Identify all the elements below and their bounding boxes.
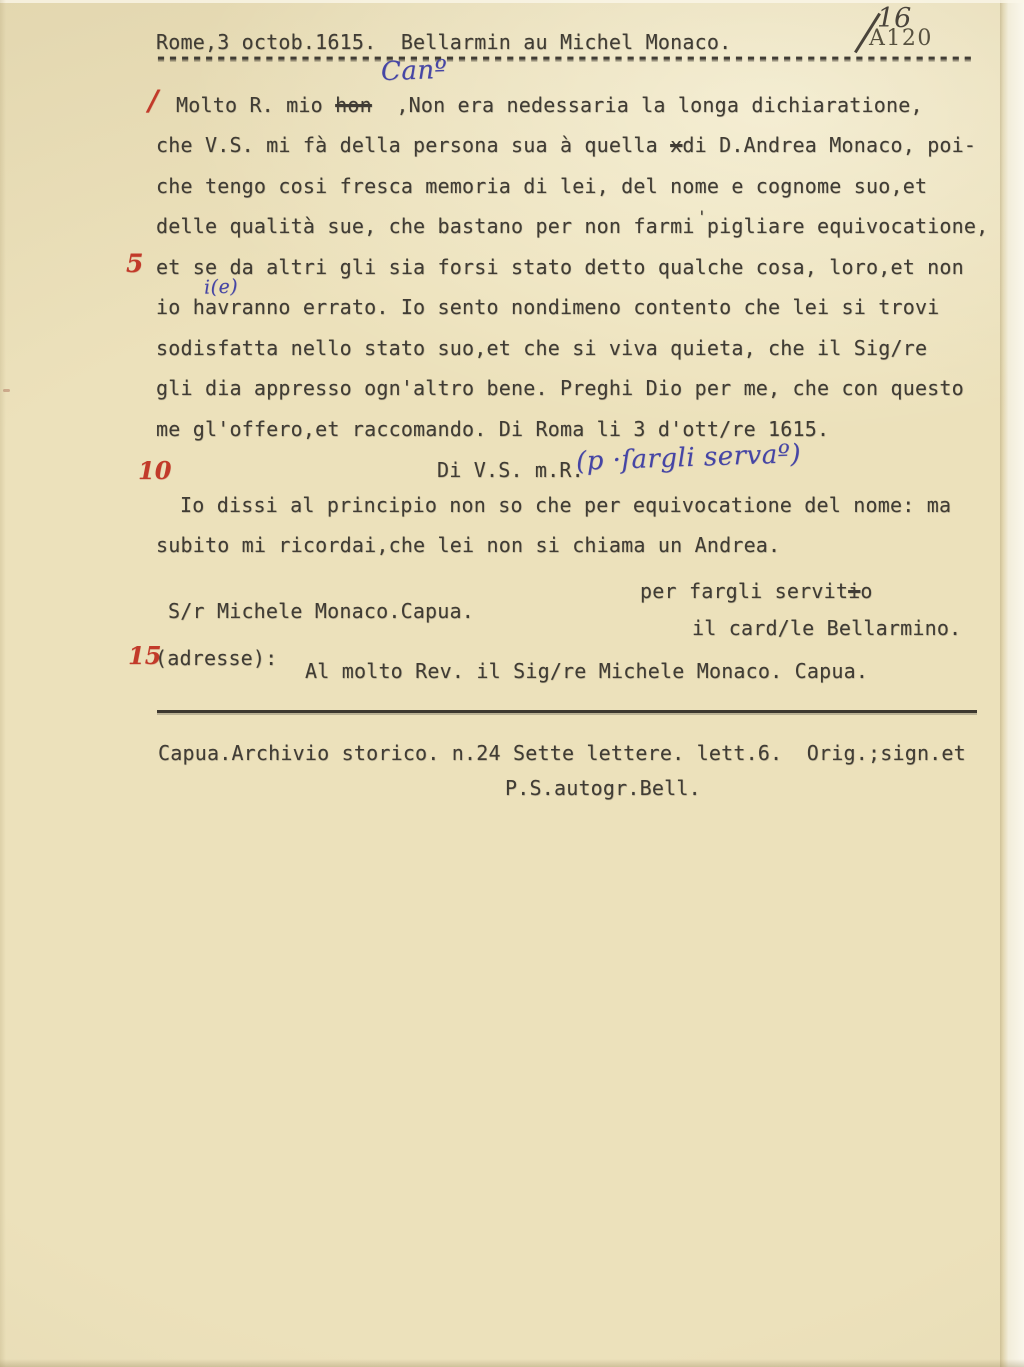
margin-number-5: 5 — [126, 249, 143, 278]
paper-top-edge — [0, 0, 1024, 3]
cano-annotation: Canº — [380, 55, 447, 87]
body-line-12: subito mi ricordai,che lei non si chiama… — [156, 533, 780, 557]
body-line-1: Molto R. mio hon ,Non era nedessaria la … — [176, 93, 923, 117]
cardinal-line: il card/le Bellarmino. — [692, 616, 961, 640]
adresse-label: (adresse): — [155, 646, 277, 670]
body-line-9: me gl'offero,et raccomando. Di Roma li 3… — [156, 417, 829, 441]
sr-michele-line: S/r Michele Monaco.Capua. — [168, 599, 474, 623]
body-line-11: Io dissi al principio non so che per equ… — [180, 493, 951, 517]
line1-pre: Molto R. mio — [176, 93, 335, 117]
line1-struck-word: hon — [335, 93, 372, 117]
servitio-post: o — [860, 579, 872, 603]
margin-number-1: / — [148, 84, 158, 117]
paper-speck — [3, 389, 10, 392]
line2-struck-char: x — [670, 133, 682, 157]
paper-bottom-edge — [0, 1359, 1024, 1367]
stray-apostrophe-mark: ' — [697, 205, 707, 229]
body-line-8: gli dia appresso ogn'altro bene. Preghi … — [156, 376, 964, 400]
closing-typed: Di V.S. m.R. — [437, 458, 584, 482]
header-underline-dashes: ----------------------------------------… — [155, 45, 980, 69]
archive-reference-line: Capua.Archivio storico. n.24 Sette lette… — [158, 741, 966, 765]
body-line-3: che tengo cosi fresca memoria di lei, de… — [156, 174, 927, 198]
body-line-5: et se da altri gli sia forsi stato detto… — [156, 255, 964, 279]
ref-code: A120 — [869, 26, 933, 51]
body-line-4: delle qualità sue, che bastano per non f… — [156, 214, 988, 238]
body-line-2: che V.S. mi fà della persona sua à quell… — [156, 133, 976, 157]
footer-divider-line — [157, 710, 977, 713]
line1-post: ,Non era nedessaria la longa dichiaratio… — [372, 93, 923, 117]
paper-left-edge — [0, 0, 6, 1367]
margin-number-10: 10 — [138, 456, 171, 485]
paper-right-edge — [1000, 0, 1024, 1367]
closing-handwritten-signature: (p ·ſargli servaº) — [576, 439, 802, 477]
line2-post: di D.Andrea Monaco, poi- — [682, 133, 976, 157]
body-line-7: sodisfatta nello stato suo,et che si viv… — [156, 336, 927, 360]
ps-autograph-line: P.S.autogr.Bell. — [505, 776, 701, 800]
servitio-pre: per fargli servit — [640, 579, 848, 603]
servitio-struck-char: i — [848, 579, 860, 603]
line2-pre: che V.S. mi fà della persona sua à quell… — [156, 133, 670, 157]
servitio-line: per fargli servitio — [640, 579, 873, 603]
adresse-line: Al molto Rev. il Sig/re Michele Monaco. … — [305, 659, 868, 683]
scanned-letter-page: { "colors": { "paper": "#ece1bb", "ink":… — [0, 0, 1024, 1367]
body-line-6: io havranno errato. Io sento nondimeno c… — [156, 295, 939, 319]
